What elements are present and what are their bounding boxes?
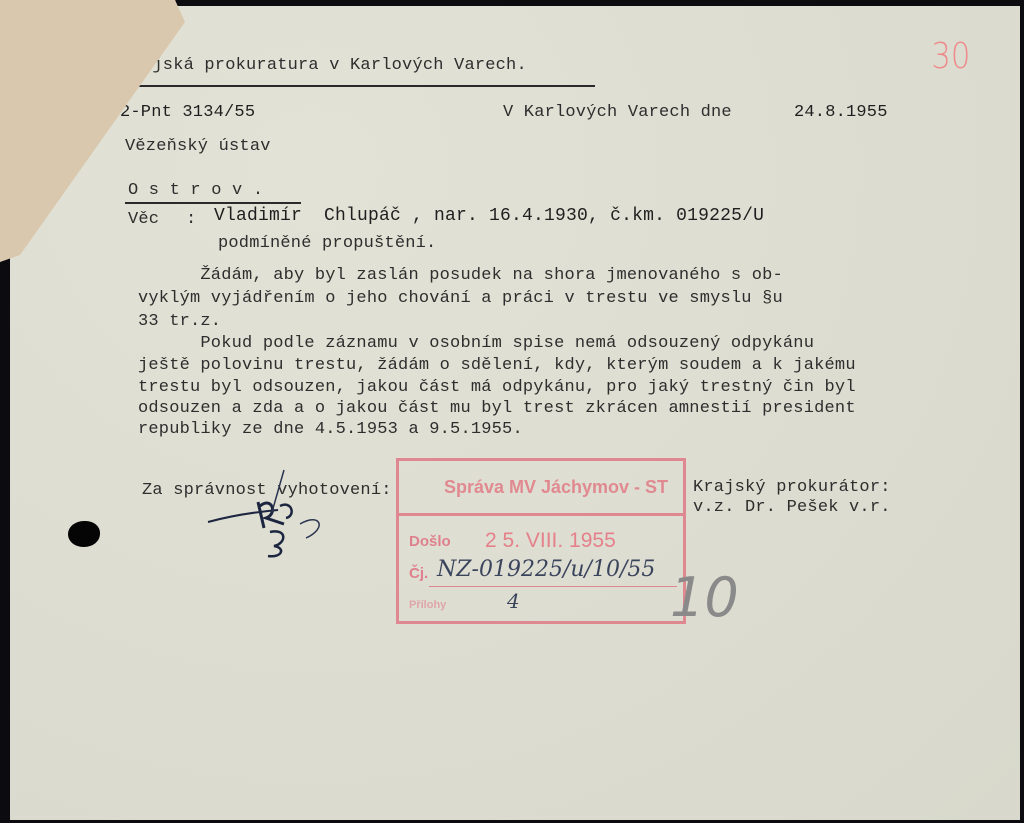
registry-stamp: Správa MV Jáchymov - ST Došlo 2 5. VIII.…: [396, 458, 686, 624]
place-date-prefix: V Karlových Varech dne: [503, 103, 732, 122]
stamp-received-label: Došlo: [409, 533, 451, 550]
signatory-name: v.z. Dr. Pešek v.r.: [693, 498, 891, 517]
header-rule: [135, 85, 595, 87]
recipient-city: O s t r o v .: [128, 181, 263, 200]
document-page: 30 ajská prokuratura v Karlových Varech.…: [10, 6, 1020, 820]
punch-hole: [68, 521, 100, 547]
body-line: trestu byl odsouzen, jakou část má odpyk…: [138, 378, 856, 397]
stamp-received-date: 2 5. VIII. 1955: [485, 529, 616, 553]
stamp-attachments-value: 4: [507, 589, 520, 613]
recipient-institution: Vězeňský ústav: [125, 137, 271, 156]
stamp-ref-value: NZ-019225/u/10/55: [437, 557, 655, 582]
body-line: Žádám, aby byl zaslán posudek na shora j…: [138, 266, 783, 285]
stamp-attachments-label: Přílohy: [409, 599, 446, 611]
signatory-title: Krajský prokurátor:: [693, 478, 891, 497]
body-line: Pokud podle záznamu v osobním spise nemá…: [138, 334, 814, 353]
stamp-title: Správa MV Jáchymov - ST: [399, 461, 683, 516]
body-line: 33 tr.z.: [138, 312, 221, 331]
body-line: republiky ze dne 4.5.1953 a 9.5.1955.: [138, 420, 523, 439]
subject-label: Věc: [128, 210, 159, 229]
subject-line-1: Vladimír Chlupáč , nar. 16.4.1930, č.km.…: [214, 206, 764, 226]
reference-number: 2-Pnt 3134/55: [120, 103, 255, 122]
signature-scribble: [200, 466, 330, 566]
subject-line-2: podmíněné propuštění.: [218, 234, 436, 253]
body-line: vyklým vyjádřením o jeho chování a práci…: [138, 289, 783, 308]
stamp-ref-underline: [429, 586, 677, 587]
document-date: 24.8.1955: [794, 103, 888, 122]
stamp-ref-label: Čj.: [409, 565, 428, 582]
office-header: ajská prokuratura v Karlových Varech.: [142, 56, 527, 75]
body-line: ještě polovinu trestu, žádám o sdělení, …: [138, 356, 856, 375]
subject-separator: :: [186, 210, 196, 229]
pencil-note: 10: [670, 566, 739, 629]
page-number: 30: [931, 36, 970, 77]
body-line: odsouzen a zda a o jakou část mu byl tre…: [138, 399, 856, 418]
city-underline: [125, 202, 301, 204]
